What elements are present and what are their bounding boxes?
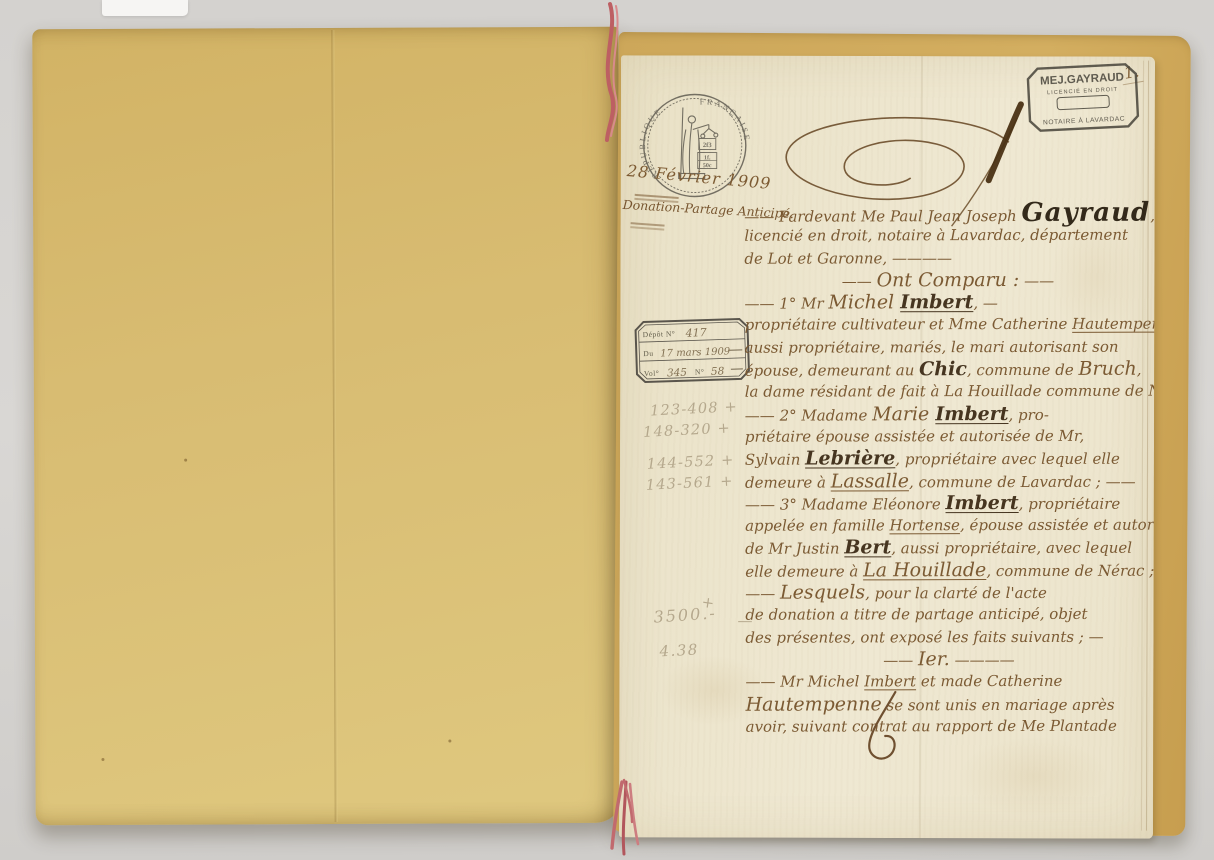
manuscript-text-emphasis: Lassalle — [831, 470, 909, 492]
manuscript-text: —— — [745, 585, 780, 603]
manuscript-text-emphasis: Hautempenne — [1072, 315, 1155, 333]
revenue-stamp-arc-right: FRANÇAISE — [699, 97, 750, 142]
manuscript-text: , — [1137, 361, 1142, 379]
manuscript-line: Sylvain Lebrière, propriétaire avec lequ… — [745, 447, 1152, 470]
deposit-stamp-label: Vol° — [644, 369, 660, 378]
manuscript-line: —— Ont Comparu : —— — [744, 269, 1151, 292]
binding-thread-bottom — [598, 778, 662, 860]
paper-speck — [448, 739, 451, 742]
manuscript-line: —— 1° Mr Michel Imbert, — — [744, 291, 1151, 314]
manuscript-text-emphasis: Lebrière — [805, 448, 895, 470]
background-paper-tab — [102, 0, 188, 16]
manuscript-line: de Mr Justin Bert, aussi propriétaire, a… — [745, 536, 1152, 559]
manuscript-text-emphasis: Lesquels — [780, 581, 865, 603]
manuscript-text: propriétaire cultivateur et Mme Catherin… — [745, 315, 1073, 334]
manuscript-text: avoir, suivant contrat au rapport de Me … — [746, 717, 1117, 736]
deposit-stamp-value: 345 — [667, 367, 688, 380]
pencil-note: 143-561 + — [645, 471, 742, 497]
manuscript-line: de donation a titre de partage anticipé,… — [745, 603, 1152, 626]
pencil-margin-notes: 123-408 + 148-320 + 144-552 + 143-561 + — [642, 397, 742, 497]
manuscript-text-emphasis: Imbert — [900, 291, 973, 313]
manuscript-text: —— 3° Madame Eléonore — [745, 495, 946, 514]
notary-stamp: MEJ.GAYRAUD LICENCIÉ EN DROIT NOTAIRE À … — [1025, 62, 1140, 133]
manuscript-text: —— — [1019, 272, 1054, 290]
manuscript-text: ———— — [950, 651, 1015, 669]
manuscript-text-emphasis: Chic — [919, 358, 967, 380]
manuscript-text: aussi propriétaire, mariés, le mari auto… — [745, 337, 1119, 356]
svg-text:FRANÇAISE: FRANÇAISE — [699, 97, 750, 142]
manuscript-line: —— Ier. ———— — [745, 648, 1152, 671]
manuscript-text: appelée en famille — [745, 516, 889, 534]
manuscript-text: , aussi propriétaire, avec lequel — [891, 539, 1132, 558]
manuscript-text-emphasis: La Houillade — [863, 559, 986, 581]
manuscript-line: licencié en droit, notaire à Lavardac, d… — [744, 224, 1151, 247]
manuscript-text: , commune de Nérac ; — [986, 561, 1154, 579]
binding-thread-top — [588, 0, 644, 150]
manuscript-text: , propriétaire — [1019, 495, 1121, 513]
manuscript-line: —— 2° Madame Marie Imbert, pro- — [745, 402, 1152, 425]
manuscript-text-emphasis: Marie — [872, 403, 935, 425]
pen-paraph — [855, 688, 915, 768]
manuscript-line: appelée en famille Hortense, épouse assi… — [745, 514, 1152, 537]
manuscript-text: , pro- — [1008, 406, 1048, 424]
manuscript-line: priétaire épouse assistée et autorisée d… — [745, 425, 1152, 448]
deposit-stamp-value: 17 mars 1909 — [660, 346, 731, 359]
pencil-note: 148-320 + — [643, 418, 740, 444]
manuscript-line: avoir, suivant contrat au rapport de Me … — [746, 714, 1153, 737]
manuscript-line: épouse, demeurant au Chic, commune de Br… — [745, 358, 1152, 381]
document-page: 1. MEJ.GAYRAUD LICENCIÉ EN DROIT NOTAIRE… — [619, 55, 1155, 838]
manuscript-text: épouse, demeurant au — [745, 361, 920, 379]
deposit-stamp-value: 417 — [684, 326, 706, 340]
manuscript-text: de Lot et Garonne, ———— — [744, 249, 952, 268]
manuscript-text: , — — [973, 294, 998, 312]
manuscript-text: —— — [883, 651, 918, 669]
manuscript-text: des présentes, ont exposé les faits suiv… — [745, 627, 1103, 646]
manuscript-line: —— 3° Madame Eléonore Imbert, propriétai… — [745, 491, 1152, 514]
manuscript-text: elle demeure à — [745, 562, 863, 580]
manuscript-text: —— 2° Madame — [745, 406, 872, 424]
manuscript-text-emphasis: Ier. — [918, 648, 950, 670]
manuscript-line: la dame résidant de fait à La Houillade … — [745, 380, 1152, 403]
manuscript-line: des présentes, ont exposé les faits suiv… — [745, 625, 1152, 648]
manuscript-line: —— Lesquels, pour la clarté de l'acte — [745, 581, 1152, 604]
pencil-total: 4.38 — [659, 640, 699, 660]
manuscript-line: elle demeure à La Houillade, commune de … — [745, 558, 1152, 581]
manuscript-text: , commune de Lavardac ; —— — [909, 472, 1136, 491]
manuscript-text: se sont unis en mariage après — [882, 695, 1115, 714]
manuscript-line: propriétaire cultivateur et Mme Catherin… — [745, 313, 1152, 336]
manuscript-text-emphasis: Bruch — [1078, 358, 1136, 380]
manuscript-text-emphasis: Bert — [844, 537, 891, 559]
manuscript-text-emphasis: Ont Comparu : — [877, 269, 1020, 291]
manuscript-text-emphasis: Michel — [828, 291, 900, 313]
manuscript-text: de Mr Justin — [745, 540, 844, 558]
revenue-stamp-value-mid: 1f. — [704, 155, 711, 161]
manuscript-text: et made Catherine — [916, 672, 1062, 690]
folder-cover-left — [32, 27, 621, 826]
manuscript-text: , pour la clarté de l'acte — [865, 584, 1047, 602]
manuscript-text: —— Mr Michel — [745, 673, 864, 691]
manuscript-text: licencié en droit, notaire à Lavardac, d… — [744, 226, 1128, 245]
manuscript-text: la dame résidant de fait à La Houillade … — [745, 382, 1155, 401]
manuscript-line: demeure à Lassalle, commune de Lavardac … — [745, 469, 1152, 492]
manuscript-line: —— Mr Michel Imbert et made Catherine — [745, 670, 1152, 693]
deposit-stamp: Dépôt N° 417 Du 17 mars 1909 Vol° 345 N°… — [633, 317, 751, 385]
manuscript-text: , propriétaire avec lequel elle — [895, 450, 1120, 469]
cover-fold-crease — [331, 30, 337, 822]
manuscript-text-emphasis: Imbert — [945, 492, 1018, 514]
manuscript-text: , — [1150, 207, 1155, 225]
manuscript-line: de Lot et Garonne, ———— — [744, 246, 1151, 269]
deposit-stamp-label: N° — [695, 367, 705, 376]
manuscript-text: Sylvain — [745, 451, 805, 469]
manuscript-text-emphasis: Imbert — [935, 403, 1008, 425]
manuscript-text: —— Pardevant Me Paul Jean Joseph — [744, 207, 1021, 226]
revenue-stamp-value-top: 2f3 — [703, 142, 713, 149]
manuscript-text: , commune de — [967, 361, 1079, 379]
manuscript-text: , épouse assistée et autorisée — [960, 516, 1155, 535]
manuscript-line: aussi propriétaire, mariés, le mari auto… — [745, 335, 1152, 358]
paper-speck — [101, 758, 104, 761]
manuscript-text: priétaire épouse assistée et autorisée d… — [745, 427, 1084, 446]
manuscript-text-emphasis: Hortense — [889, 516, 959, 534]
manuscript-line: Hautempenne se sont unis en mariage aprè… — [746, 692, 1153, 715]
manuscript-text: de donation a titre de partage anticipé,… — [745, 605, 1087, 624]
deposit-stamp-value: 58 — [711, 365, 725, 377]
pencil-amount: 3500.- — [653, 603, 717, 626]
manuscript-text: —— — [842, 272, 877, 290]
deposit-stamp-label: Dépôt N° — [643, 329, 676, 339]
flourish-underline — [631, 222, 665, 226]
foxing-blotch — [959, 736, 1109, 816]
photo-scene: 1. MEJ.GAYRAUD LICENCIÉ EN DROIT NOTAIRE… — [0, 0, 1214, 860]
manuscript-text: —— 1° Mr — [744, 295, 828, 313]
manuscript-text: demeure à — [745, 473, 831, 491]
manuscript: —— Pardevant Me Paul Jean Joseph Gayraud… — [744, 202, 1152, 738]
revenue-stamp-values: 2f3 1f. 50c — [698, 139, 717, 170]
notary-stamp-name: MEJ.GAYRAUD — [1040, 71, 1124, 87]
notary-stamp-location: NOTAIRE À LAVARDAC — [1043, 113, 1126, 126]
notary-stamp-title: LICENCIÉ EN DROIT — [1047, 86, 1118, 97]
paper-speck — [184, 459, 187, 462]
deposit-stamp-label: Du — [643, 349, 653, 358]
manuscript-line: —— Pardevant Me Paul Jean Joseph Gayraud… — [744, 202, 1151, 225]
